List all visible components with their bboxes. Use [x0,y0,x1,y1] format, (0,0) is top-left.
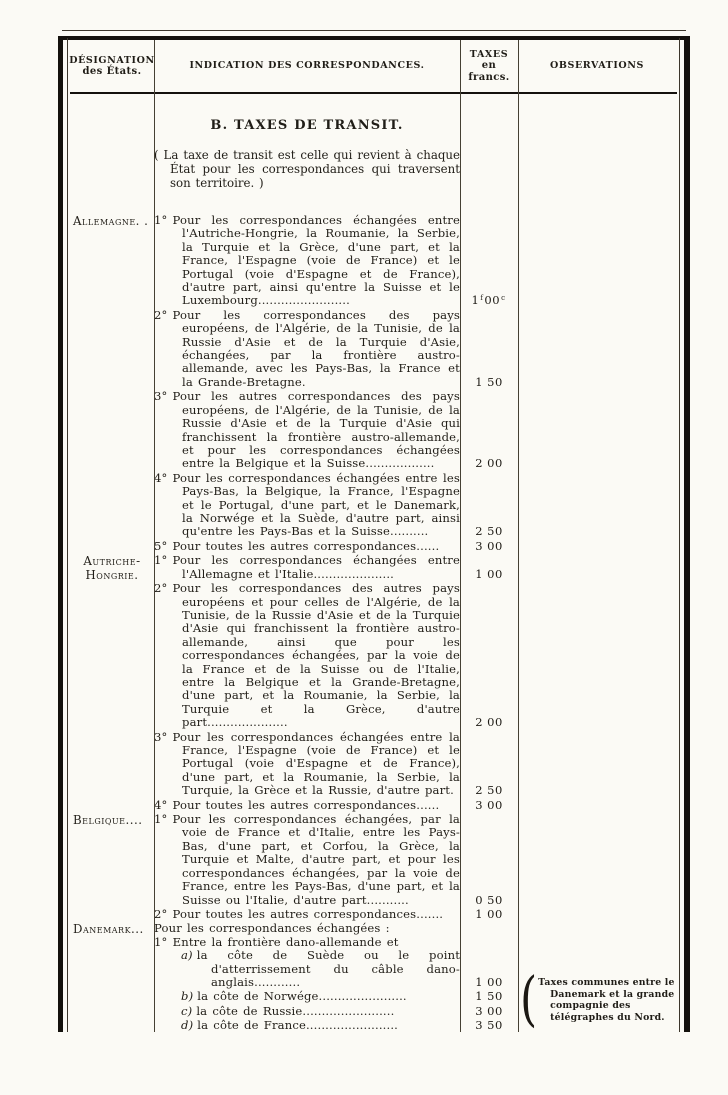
item-number: 4° [154,471,167,485]
item-cell: 3°Pour les autres correspondances des pa… [154,390,460,471]
item-cell: c)la côte de Russie.....................… [154,1005,460,1019]
observation-cell [518,799,676,813]
item-text: 3°Pour les correspondances échangées ent… [154,731,460,798]
item-number: 1° [154,213,167,227]
header-observations-label: OBSERVATIONS [550,60,644,72]
state-label-autriche: Autriche- [70,554,154,568]
item-body: Pour toutes les autres correspondances..… [172,539,439,553]
tax-cell: 3 00 [460,540,518,554]
state-cell [70,582,154,730]
tax-value: 3 00 [475,1005,503,1018]
section-intro-cell: ( La taxe de transit est celle qui revie… [154,148,460,214]
item-number: 5° [154,539,167,553]
item-body: la côte de Suède ou le point d'atterriss… [197,948,460,989]
tax-value: 1 50 [475,376,503,389]
observation-cell [518,472,676,540]
item-text: 1°Pour les correspondances échangées, pa… [154,813,460,907]
empty-cell [460,148,518,214]
header-taxes-line1: TAXES [470,49,508,61]
item-text: c)la côte de Russie.....................… [181,1005,460,1018]
state-cell [70,990,154,1004]
observation-cell [518,214,676,309]
tax-cell: 0 50 [460,813,518,908]
tax-value: 1 00 [475,568,503,581]
state-cell [70,1019,154,1033]
item-body: la côte de Norwége......................… [197,989,407,1003]
item-letter: b) [181,989,193,1003]
item-text: 1°Pour les correspondances échangées ent… [154,554,460,581]
item-text: 1° Entre la frontière dano-allemande et [154,936,460,949]
tax-cell: 1 00 [460,554,518,582]
item-body: la côte de France.......................… [197,1018,398,1032]
item-text: 2°Pour les correspondances des autres pa… [154,582,460,729]
table-right-thin-rule [679,38,680,1032]
tax-value: 3 50 [475,1019,503,1032]
header-designation-line1: DÉSIGNATION [69,55,155,67]
state-cell [70,799,154,813]
tax-value: 3 00 [475,540,503,553]
item-cell: b)la côte de Norwége....................… [154,990,460,1004]
item-body: Pour toutes les autres correspondances..… [172,907,443,921]
header-taxes-line3: francs. [468,72,509,84]
empty-cell [460,94,518,148]
item-text: b)la côte de Norwége....................… [181,990,460,1003]
tax-value: 0 50 [475,894,503,907]
tax-cell: 2 50 [460,472,518,540]
tax-cell: 1f00c [460,214,518,309]
tax-cell: 2 00 [460,390,518,471]
observation-note-text: Taxes communes entre le Danemark et la g… [538,977,675,1024]
item-cell: a)la côte de Suède ou le point d'atterri… [154,949,460,990]
item-cell: 4°Pour toutes les autres correspondances… [154,799,460,813]
tax-value: 2 50 [475,784,503,797]
header-designation-line2: des États. [83,66,142,78]
state-cell [70,731,154,799]
column-rule-2 [460,40,461,1032]
tax-cell [460,922,518,949]
empty-cell [518,148,676,214]
tax-cell: 3 00 [460,1005,518,1019]
table-header-row: DÉSIGNATION des États. INDICATION DES CO… [70,40,677,94]
tax-value: 1 50 [475,990,503,1003]
tax-value: 2 00 [475,716,503,729]
table-inner: DÉSIGNATION des États. INDICATION DES CO… [70,40,677,1032]
tax-cell: 2 50 [460,731,518,799]
item-text: 4°Pour les correspondances échangées ent… [154,472,460,539]
item-cell: 1°Pour les correspondances échangées ent… [154,214,460,309]
tax-value: 1 00 [475,908,503,921]
state-label-allemagne: Allemagne. . [70,214,154,228]
item-number: 4° [154,798,167,812]
tax-value: 1 00 [475,976,503,989]
item-number: 1° [154,812,167,826]
state-cell: Autriche- Hongrie. [70,554,154,582]
empty-cell [70,148,154,214]
table-left-thin-rule [67,38,68,1032]
scanned-document-page: { "colors": { "paper": "#fbfaf5", "ink":… [0,0,728,1095]
item-cell: 1°Pour les correspondances échangées ent… [154,554,460,582]
item-text: d)la côte de France.....................… [181,1019,460,1032]
column-rule-1 [154,40,155,1032]
state-label-danemark: Danemark... [70,922,154,936]
state-cell: Danemark... [70,922,154,949]
item-cell: d)la côte de France.....................… [154,1019,460,1033]
state-cell [70,949,154,990]
item-text: a)la côte de Suède ou le point d'atterri… [181,949,460,989]
item-text: Pour les correspondances échangées : [154,922,460,935]
tax-value: 3 00 [475,799,503,812]
item-body: Pour les autres correspondances des pays… [172,389,460,470]
state-cell: Allemagne. . [70,214,154,309]
table-left-thick-rule [58,36,63,1032]
state-cell [70,390,154,471]
empty-cell [70,94,154,148]
state-label-hongrie: Hongrie. [70,568,154,582]
column-rule-3 [518,40,519,1032]
item-body: Pour les correspondances échangées entre… [172,553,460,580]
observation-cell [518,731,676,799]
tax-cell: 1 00 [460,908,518,922]
state-cell [70,472,154,540]
item-text: 2°Pour les correspondances des pays euro… [154,309,460,389]
table-top-thin-rule [62,30,686,31]
item-cell: 4°Pour les correspondances échangées ent… [154,472,460,540]
tax-cell: 1 50 [460,309,518,390]
header-cell-taxes: TAXES en francs. [460,40,518,92]
section-intro: ( La taxe de transit est celle qui revie… [154,148,460,190]
observation-cell [518,908,676,922]
header-cell-designation: DÉSIGNATION des États. [70,40,154,92]
tax-cell: 3 50 [460,1019,518,1033]
item-body: Pour les correspondances des pays europé… [172,308,460,389]
observation-cell [518,922,676,949]
item-body: Pour les correspondances échangées entre… [172,213,460,307]
item-body: Pour les correspondances échangées, par … [172,812,460,906]
observation-cell [518,554,676,582]
item-cell: 3°Pour les correspondances échangées ent… [154,731,460,799]
item-text: 1°Pour les correspondances échangées ent… [154,214,460,308]
tax-value: 2 00 [475,457,503,470]
observation-cell [518,582,676,730]
observation-note: ( Taxes communes entre le Danemark et la… [520,977,675,1024]
item-number: 3° [154,389,167,403]
item-number: 2° [154,581,167,595]
item-cell: 2°Pour les correspondances des pays euro… [154,309,460,390]
item-cell: 2°Pour toutes les autres correspondances… [154,908,460,922]
tax-cell: 2 00 [460,582,518,730]
table-frame: DÉSIGNATION des États. INDICATION DES CO… [58,36,690,1032]
state-cell [70,908,154,922]
section-title: B. TAXES DE TRANSIT. [154,118,460,133]
observation-cell [518,390,676,471]
header-taxes-line2: en [482,60,496,72]
table-right-thick-rule [684,36,690,1032]
item-number: 1° [154,553,167,567]
state-cell [70,309,154,390]
item-body: Pour les correspondances échangées entre… [172,730,460,798]
tax-value: 2 50 [475,525,503,538]
empty-cell [518,94,676,148]
tax-cell: 3 00 [460,799,518,813]
item-number: 3° [154,730,167,744]
item-cell: 2°Pour les correspondances des autres pa… [154,582,460,730]
observation-cell [518,813,676,908]
item-body: Pour toutes les autres correspondances..… [172,798,439,812]
observation-cell [518,309,676,390]
tax-cell: 1 00 [460,949,518,990]
item-cell: Pour les correspondances échangées : 1° … [154,922,460,949]
item-cell: 1°Pour les correspondances échangées, pa… [154,813,460,908]
item-text: 4°Pour toutes les autres correspondances… [154,799,460,812]
observation-brace: ( [520,973,537,1027]
section-title-cell: B. TAXES DE TRANSIT. [154,94,460,148]
item-body: la côte de Russie.......................… [196,1004,394,1018]
state-cell [70,540,154,554]
item-body: Pour les correspondances des autres pays… [172,581,460,729]
header-indication-label: INDICATION DES CORRESPONDANCES. [189,60,424,72]
observation-cell [518,540,676,554]
header-cell-indication: INDICATION DES CORRESPONDANCES. [154,40,460,92]
state-label-belgique: Belgique.... [70,813,154,827]
item-number: 2° [154,907,167,921]
item-cell: 5°Pour toutes les autres correspondances… [154,540,460,554]
item-letter: d) [181,1018,193,1032]
header-cell-observations: OBSERVATIONS [518,40,676,92]
item-letter: a) [181,948,193,962]
state-cell: Belgique.... [70,813,154,908]
item-text: 2°Pour toutes les autres correspondances… [154,908,460,921]
item-number: 2° [154,308,167,322]
item-text: 5°Pour toutes les autres correspondances… [154,540,460,553]
item-letter: c) [181,1004,192,1018]
tax-value: 1f00c [472,294,507,307]
state-cell [70,1005,154,1019]
item-text: 3°Pour les autres correspondances des pa… [154,390,460,470]
table-body: B. TAXES DE TRANSIT. ( La taxe de transi… [70,94,677,1034]
item-body: Pour les correspondances échangées entre… [172,471,460,539]
tax-cell: 1 50 [460,990,518,1004]
